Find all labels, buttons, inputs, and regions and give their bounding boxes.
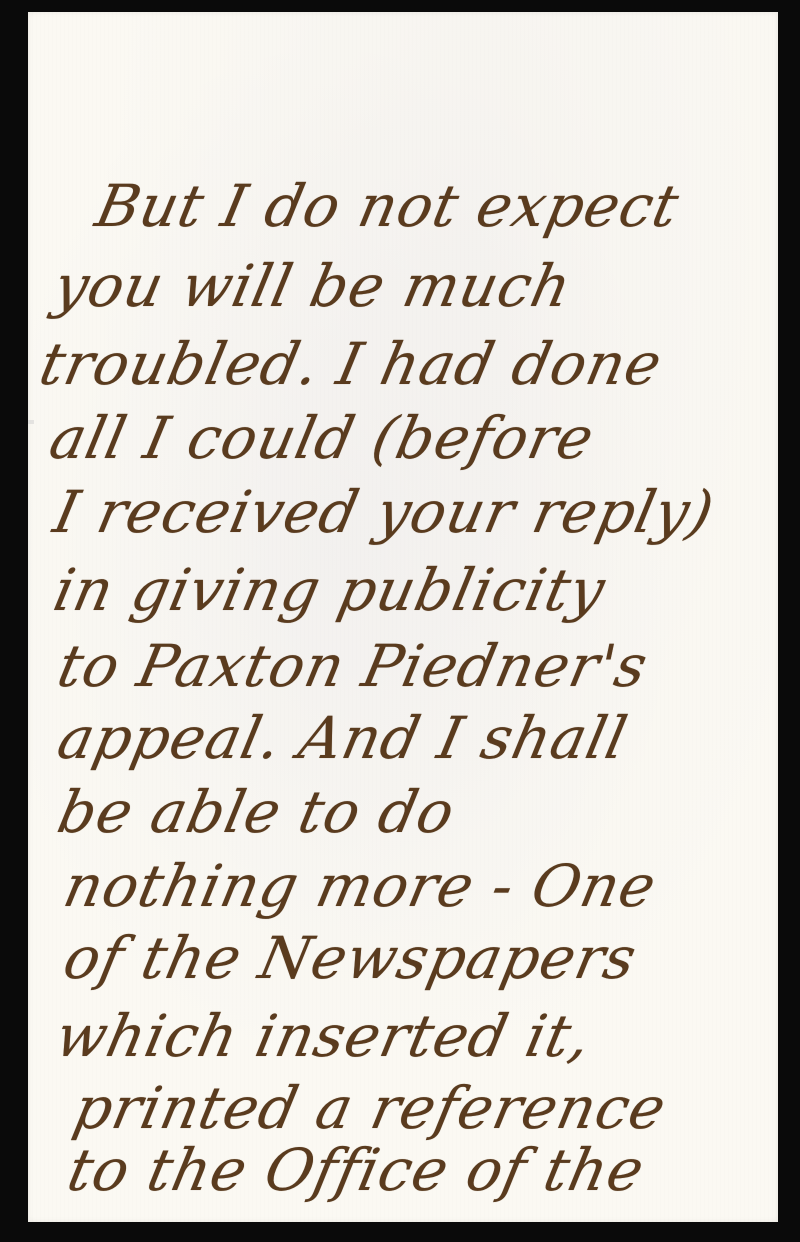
handwritten-text: But I do not expect you will be much tro… (28, 12, 778, 1222)
text-line: of the Newspapers (58, 924, 643, 992)
scanned-page: But I do not expect you will be much tro… (0, 0, 800, 1242)
text-line: printed a reference (68, 1074, 672, 1142)
text-line: to the Office of the (62, 1136, 651, 1204)
text-line: appeal. And I shall (52, 704, 634, 772)
text-line: be able to do (52, 778, 461, 846)
text-line: all I could (before (44, 404, 600, 472)
text-line: to Paxton Piedner's (52, 632, 654, 700)
text-line: troubled. I had done (34, 330, 668, 398)
text-line: you will be much (48, 252, 578, 320)
text-line: which inserted it, (50, 1002, 598, 1070)
text-line: I received your reply) (48, 478, 720, 546)
text-line: But I do not expect (90, 172, 685, 240)
letter-paper: But I do not expect you will be much tro… (28, 12, 778, 1222)
text-line: nothing more - One (58, 852, 663, 920)
text-line: in giving publicity (48, 556, 612, 624)
